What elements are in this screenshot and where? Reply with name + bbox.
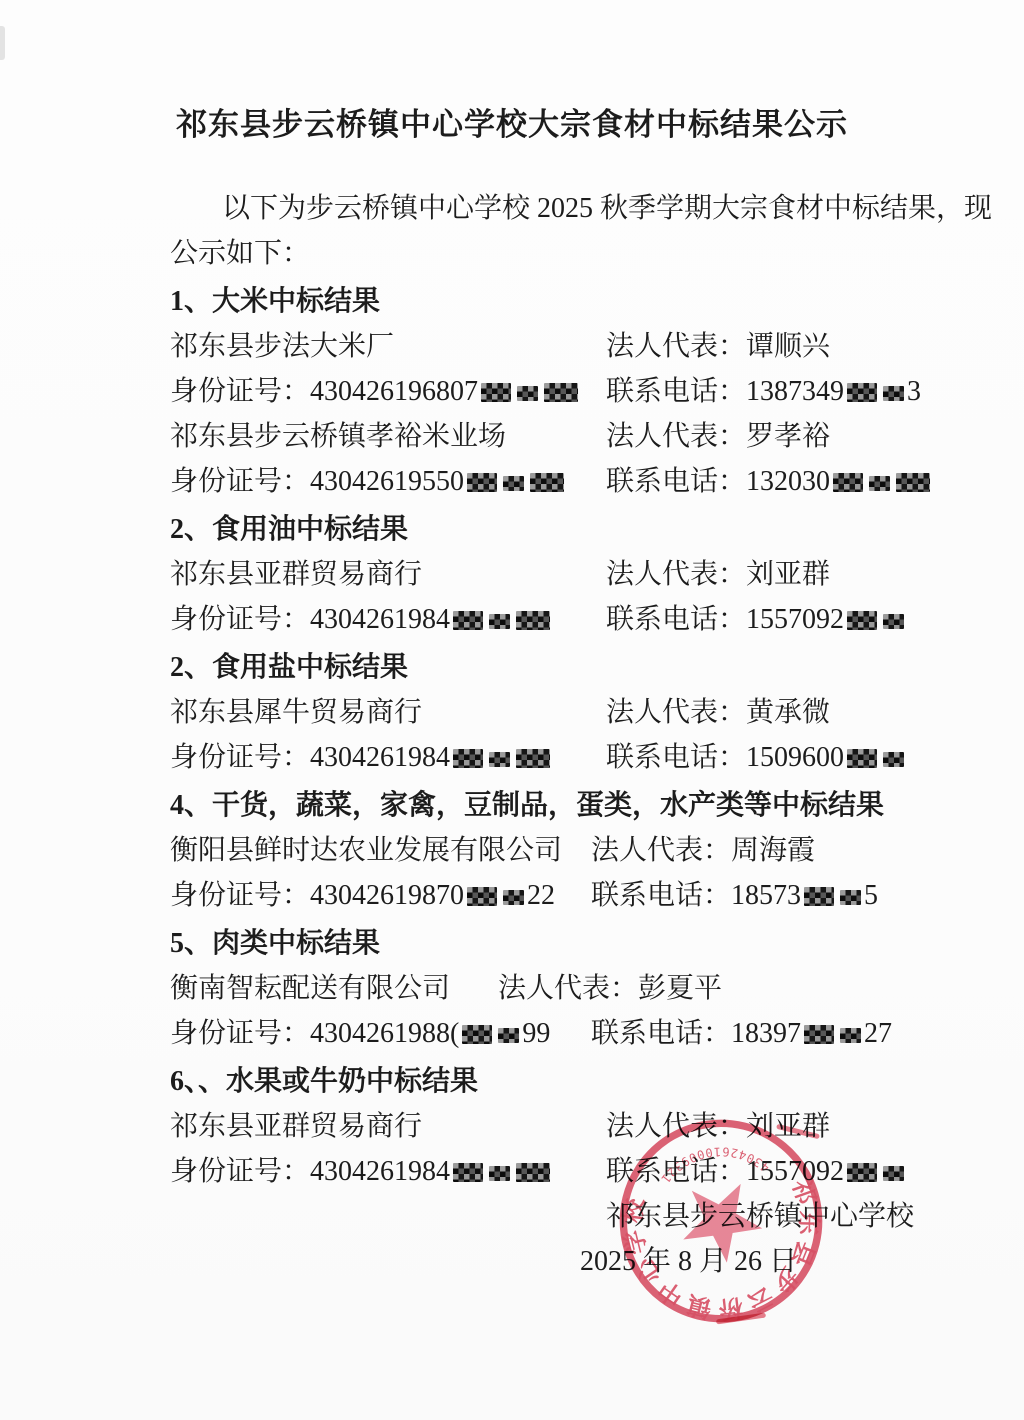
legal-representative: 法人代表：黄承微 [606, 690, 830, 735]
id-number: 身份证号：4304261987022 [170, 880, 555, 911]
id-phone-row: 身份证号：43042619550联系电话：132030 [170, 459, 912, 504]
scan-artifact [0, 26, 5, 60]
redaction-mask [847, 611, 877, 630]
winner-row: 祁东县步法大米厂法人代表：谭顺兴 [170, 324, 912, 369]
winner-row: 祁东县亚群贸易商行法人代表：刘亚群 [170, 1104, 912, 1149]
contact-phone: 联系电话：1557092 [606, 597, 907, 642]
date-line: 2025 年 8 月 26 日 [170, 1239, 912, 1284]
phone-text: 联系电话：1509600 [606, 742, 844, 773]
contact-phone: 联系电话：1557092 [606, 1149, 907, 1194]
section-heading: 6、、水果或牛奶中标结果 [170, 1059, 912, 1104]
signature-school: 祁东县步云桥镇中心学校 [606, 1194, 914, 1239]
document-page: 祁东县步云桥镇中心学校大宗食材中标结果公示 以下为步云桥镇中心学校 2025 秋… [0, 0, 1024, 1420]
company-name: 祁东县步法大米厂 [170, 331, 394, 362]
section-heading: 5、肉类中标结果 [170, 921, 912, 966]
id-number-text: 身份证号：4304261984 [170, 1156, 450, 1187]
winner-row: 祁东县步云桥镇孝裕米业场法人代表：罗孝裕 [170, 414, 912, 459]
phone-text: 联系电话：1557092 [606, 604, 844, 635]
section-heading: 4、干货，蔬菜，家禽，豆制品，蛋类，水产类等中标结果 [170, 783, 912, 828]
redaction-mask [883, 752, 904, 767]
redaction-mask [503, 890, 524, 905]
id-number: 身份证号：4304261984 [170, 1156, 553, 1187]
company-name: 衡阳县鲜时达农业发展有限公司 [170, 835, 562, 866]
company-name: 衡南智耘配送有限公司 [170, 973, 450, 1004]
winner-row: 衡南智耘配送有限公司法人代表：彭夏平 [170, 966, 912, 1011]
redaction-mask [847, 749, 877, 768]
winner-row: 祁东县犀牛贸易商行法人代表：黄承微 [170, 690, 912, 735]
legal-representative: 法人代表：刘亚群 [606, 1104, 830, 1149]
intro-line-1: 以下为步云桥镇中心学校 2025 秋季学期大宗食材中标结果，现 [170, 186, 912, 231]
redaction-mask [498, 1028, 519, 1043]
id-number-text: 身份证号：43042619550 [170, 466, 464, 497]
company-name: 祁东县步云桥镇孝裕米业场 [170, 421, 506, 452]
redaction-mask [847, 383, 877, 402]
id-number: 身份证号：4304261988(99 [170, 1018, 550, 1049]
company-name: 祁东县亚群贸易商行 [170, 1111, 422, 1142]
redaction-mask [804, 1025, 834, 1044]
id-phone-row: 身份证号：4304261988(99联系电话：1839727 [170, 1011, 912, 1056]
intro-line-2: 公示如下： [170, 231, 912, 276]
document-body: 以下为步云桥镇中心学校 2025 秋季学期大宗食材中标结果，现 公示如下： 1、… [170, 186, 912, 1284]
redaction-mask [883, 386, 904, 401]
redaction-mask [516, 611, 550, 630]
phone-text: 联系电话：18397 [591, 1018, 801, 1049]
id-number-tail: 99 [522, 1018, 550, 1049]
company-name: 祁东县亚群贸易商行 [170, 559, 422, 590]
legal-representative: 法人代表：刘亚群 [606, 552, 830, 597]
id-phone-row: 身份证号：4304261984联系电话：1557092 [170, 597, 912, 642]
sections-container: 1、大米中标结果祁东县步法大米厂法人代表：谭顺兴身份证号：43042619680… [170, 279, 912, 1194]
redaction-mask [530, 473, 564, 492]
redaction-mask [883, 614, 904, 629]
page-title: 祁东县步云桥镇中心学校大宗食材中标结果公示 [0, 99, 1024, 144]
redaction-mask [489, 752, 510, 767]
redaction-mask [847, 1163, 877, 1182]
section-heading: 2、食用油中标结果 [170, 507, 912, 552]
redaction-mask [462, 1025, 492, 1044]
phone-text: 联系电话：18573 [591, 880, 801, 911]
redaction-mask [840, 890, 861, 905]
id-number: 身份证号：4304261984 [170, 604, 553, 635]
phone-text: 联系电话：132030 [606, 466, 830, 497]
signature-date: 2025 年 8 月 26 日 [580, 1239, 797, 1284]
redaction-mask [833, 473, 863, 492]
phone-tail: 27 [864, 1018, 892, 1049]
legal-representative: 法人代表：谭顺兴 [606, 324, 830, 369]
redaction-mask [481, 383, 511, 402]
legal-representative: 法人代表：罗孝裕 [606, 414, 830, 459]
phone-tail: 5 [864, 880, 878, 911]
contact-phone: 联系电话：132030 [606, 459, 933, 504]
redaction-mask [516, 1163, 550, 1182]
phone-text: 联系电话：1557092 [606, 1156, 844, 1187]
contact-phone: 联系电话：1509600 [606, 735, 907, 780]
redaction-mask [869, 476, 890, 491]
winner-row: 祁东县亚群贸易商行法人代表：刘亚群 [170, 552, 912, 597]
section-heading: 2、食用盐中标结果 [170, 645, 912, 690]
redaction-mask [544, 383, 578, 402]
id-number-text: 身份证号：4304261988( [170, 1018, 459, 1049]
id-number-text: 身份证号：430426196807 [170, 376, 478, 407]
redaction-mask [453, 611, 483, 630]
seal-smudge [716, 1313, 766, 1325]
legal-representative: 法人代表：周海霞 [591, 828, 815, 873]
id-phone-row: 身份证号：4304261984联系电话：1509600 [170, 735, 912, 780]
redaction-mask [489, 614, 510, 629]
redaction-mask [489, 1166, 510, 1181]
company-name: 祁东县犀牛贸易商行 [170, 697, 422, 728]
id-number-text: 身份证号：43042619870 [170, 880, 464, 911]
id-number: 身份证号：4304261984 [170, 742, 553, 773]
redaction-mask [840, 1028, 861, 1043]
phone-tail: 3 [907, 376, 921, 407]
signature-line: 祁东县步云桥镇中心学校 [170, 1194, 912, 1239]
redaction-mask [467, 887, 497, 906]
contact-phone: 联系电话：1839727 [591, 1011, 892, 1056]
redaction-mask [883, 1166, 904, 1181]
id-phone-row: 身份证号：4304261984联系电话：1557092 [170, 1149, 912, 1194]
redaction-mask [503, 476, 524, 491]
winner-row: 衡阳县鲜时达农业发展有限公司法人代表：周海霞 [170, 828, 912, 873]
id-number-tail: 22 [527, 880, 555, 911]
id-number-text: 身份证号：4304261984 [170, 742, 450, 773]
id-number: 身份证号：43042619550 [170, 466, 567, 497]
contact-phone: 联系电话：185735 [591, 873, 878, 918]
legal-representative: 法人代表：彭夏平 [498, 966, 722, 1011]
redaction-mask [896, 473, 930, 492]
id-number: 身份证号：430426196807 [170, 376, 581, 407]
redaction-mask [804, 887, 834, 906]
redaction-mask [467, 473, 497, 492]
redaction-mask [517, 386, 538, 401]
redaction-mask [516, 749, 550, 768]
redaction-mask [453, 749, 483, 768]
id-number-text: 身份证号：4304261984 [170, 604, 450, 635]
phone-text: 联系电话：1387349 [606, 376, 844, 407]
section-heading: 1、大米中标结果 [170, 279, 912, 324]
id-phone-row: 身份证号：4304261987022联系电话：185735 [170, 873, 912, 918]
contact-phone: 联系电话：13873493 [606, 369, 921, 414]
id-phone-row: 身份证号：430426196807联系电话：13873493 [170, 369, 912, 414]
redaction-mask [453, 1163, 483, 1182]
